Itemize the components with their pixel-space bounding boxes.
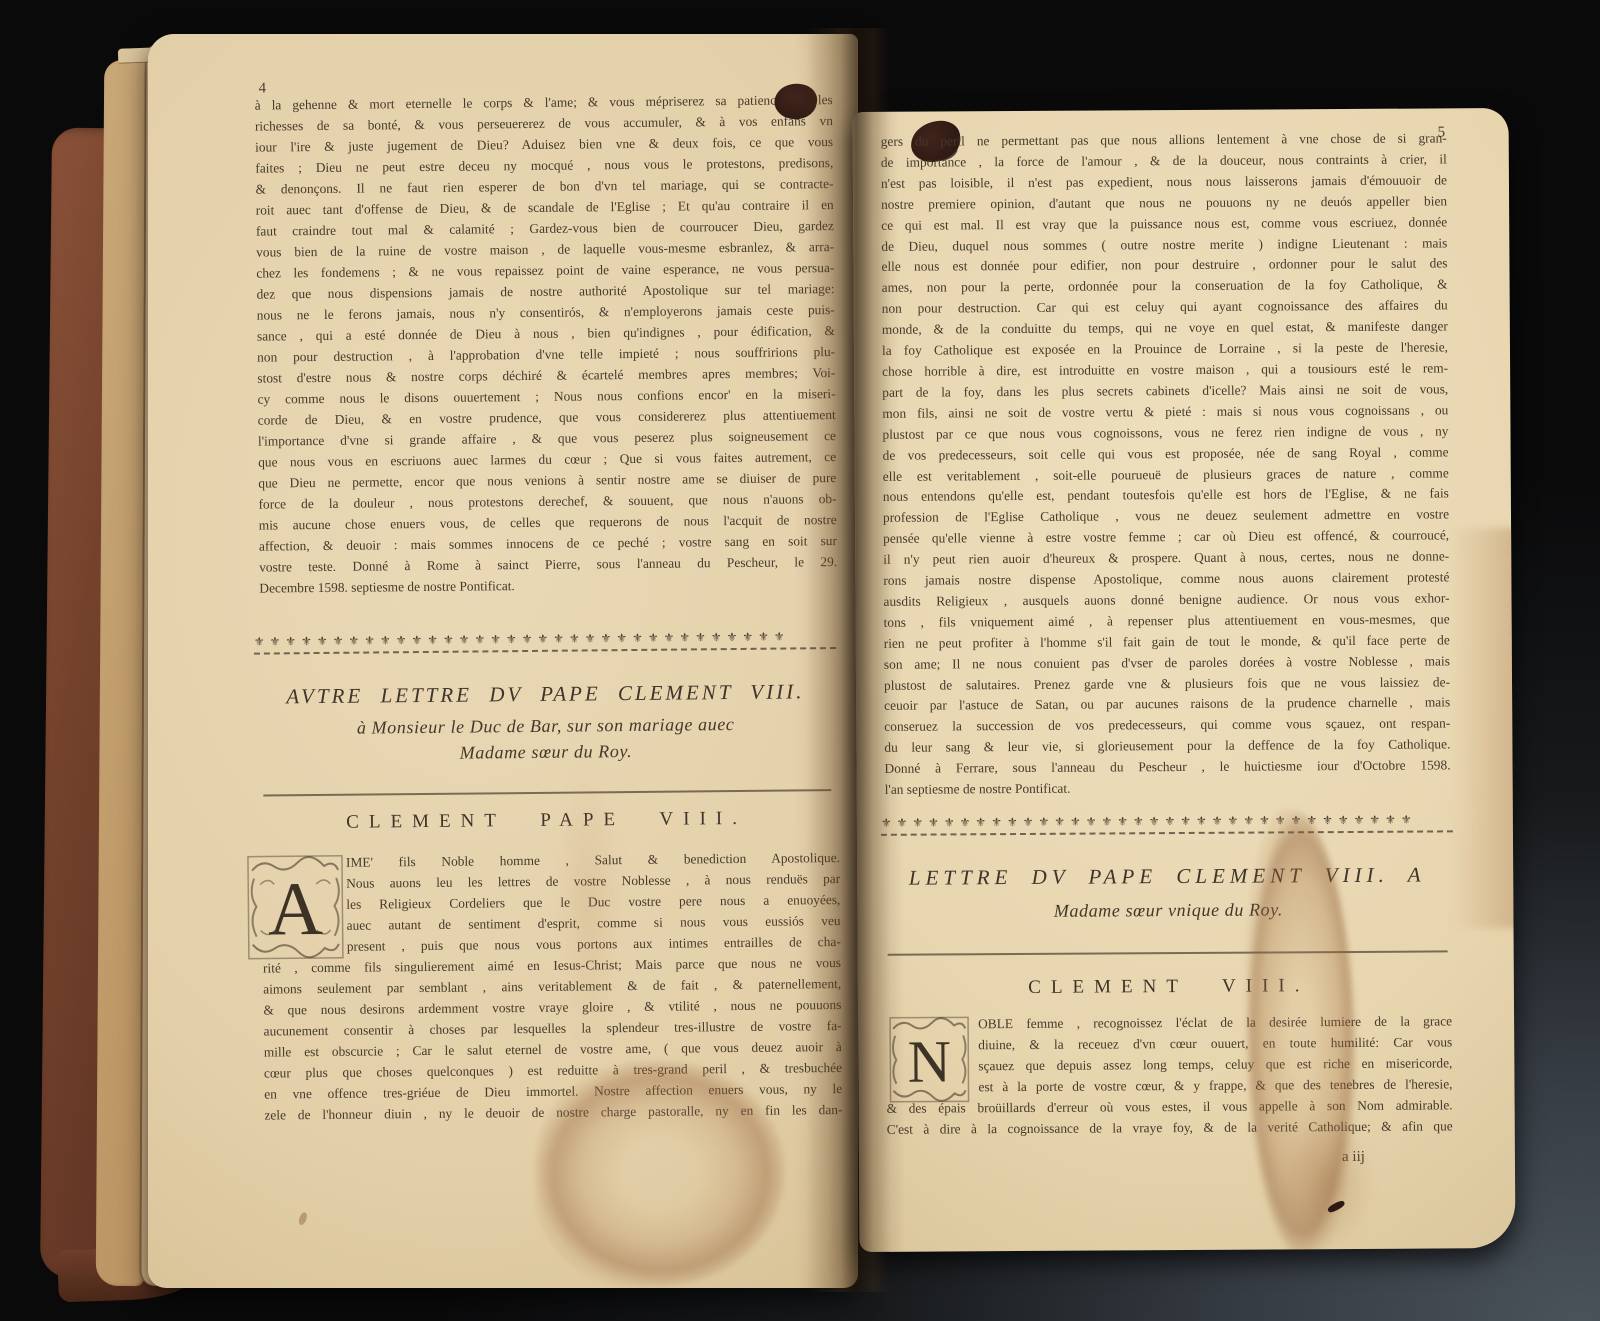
- text-line: Donné à Ferrare, sous l'anneau du Pesche…: [884, 756, 1450, 780]
- text-line: mon fils, ainsi ne soit de vostre vertu …: [882, 400, 1448, 424]
- text-line: sçauez que depuis assez long temps, celu…: [978, 1052, 1452, 1076]
- letter-subheading-left-2: Madame sœur du Roy.: [261, 739, 831, 765]
- text-line: diuine, & la receuez d'vn cœur ouuert, e…: [978, 1031, 1452, 1055]
- ornament-underline: [254, 647, 836, 655]
- fleuron-ornament-band-icon: ⚜⚜⚜⚜⚜⚜⚜⚜⚜⚜⚜⚜⚜⚜⚜⚜⚜⚜⚜⚜⚜⚜⚜⚜⚜⚜⚜⚜⚜⚜⚜⚜⚜⚜: [254, 629, 836, 649]
- papal-letter-text-right: gers du peril ne permettant pas que nous…: [881, 128, 1451, 800]
- ornament-underline: [881, 830, 1453, 835]
- section-heading-right: CLEMENT VIII.: [886, 974, 1452, 999]
- letter-heading-left: AVTRE LETTRE DV PAPE CLEMENT VIII.: [246, 679, 844, 710]
- page-curl-shadow: [794, 34, 858, 1288]
- text-line: nostre premiere opinion, d'autant que no…: [881, 191, 1447, 215]
- text-line: est à la porte de vostre cœur, & y frapp…: [978, 1073, 1452, 1097]
- ink-mark: [1327, 1199, 1346, 1214]
- horizontal-rule: [263, 789, 831, 796]
- letter-subheading-left-1: à Monsieur le Duc de Bar, sur son mariag…: [261, 713, 831, 739]
- text-line: l'an septiesme de nostre Pontificat.: [885, 776, 1451, 800]
- text-line: zele de l'honneur diuin , ny le deuoir d…: [264, 1099, 842, 1126]
- section-heading-left: CLEMENT PAPE VIII.: [262, 807, 832, 834]
- text-line: rien ne peut profiter à l'homme s'il fai…: [884, 630, 1450, 654]
- letter-subheading-right: Madame sœur vnique du Roy.: [885, 898, 1451, 922]
- letter-body-right: OBLE femme , recognoissez l'éclat de la …: [886, 1010, 1453, 1139]
- fleuron-ornament-band-icon: ⚜⚜⚜⚜⚜⚜⚜⚜⚜⚜⚜⚜⚜⚜⚜⚜⚜⚜⚜⚜⚜⚜⚜⚜⚜⚜⚜⚜⚜⚜⚜⚜⚜⚜: [881, 812, 1453, 829]
- letter-body-left: IME' fils Noble homme , Salut & benedict…: [262, 847, 843, 1126]
- text-line: plustost par ce que nous vous cognoisson…: [882, 421, 1448, 445]
- letter-heading-right: LETTRE DV PAPE CLEMENT VIII. A: [873, 862, 1461, 891]
- book-photograph: 4 à la gehenne & mort eternelle le corps…: [0, 0, 1600, 1321]
- text-line: Decembre 1598. septiesme de nostre Ponti…: [259, 572, 837, 599]
- horizontal-rule: [888, 950, 1448, 955]
- text-line: ce qui est mal. Il est vray que la puiss…: [881, 212, 1447, 236]
- text-line: C'est à dire à la cognoissance de la vra…: [887, 1115, 1453, 1139]
- text-line: OBLE femme , recognoissez l'éclat de la …: [978, 1010, 1452, 1034]
- signature-mark: a iij: [887, 1148, 1453, 1168]
- right-page: 5 gers du peril ne permettant pas que no…: [853, 108, 1516, 1252]
- text-line: de vos predecesseurs, soit celle qui vou…: [883, 442, 1449, 466]
- left-page: 4 à la gehenne & mort eternelle le corps…: [148, 34, 858, 1288]
- text-line: son ame; Il ne nous conuient pas d'vser …: [884, 651, 1450, 675]
- papal-letter-text-left: à la gehenne & mort eternelle le corps &…: [255, 89, 838, 599]
- paper-speck: [297, 1211, 308, 1226]
